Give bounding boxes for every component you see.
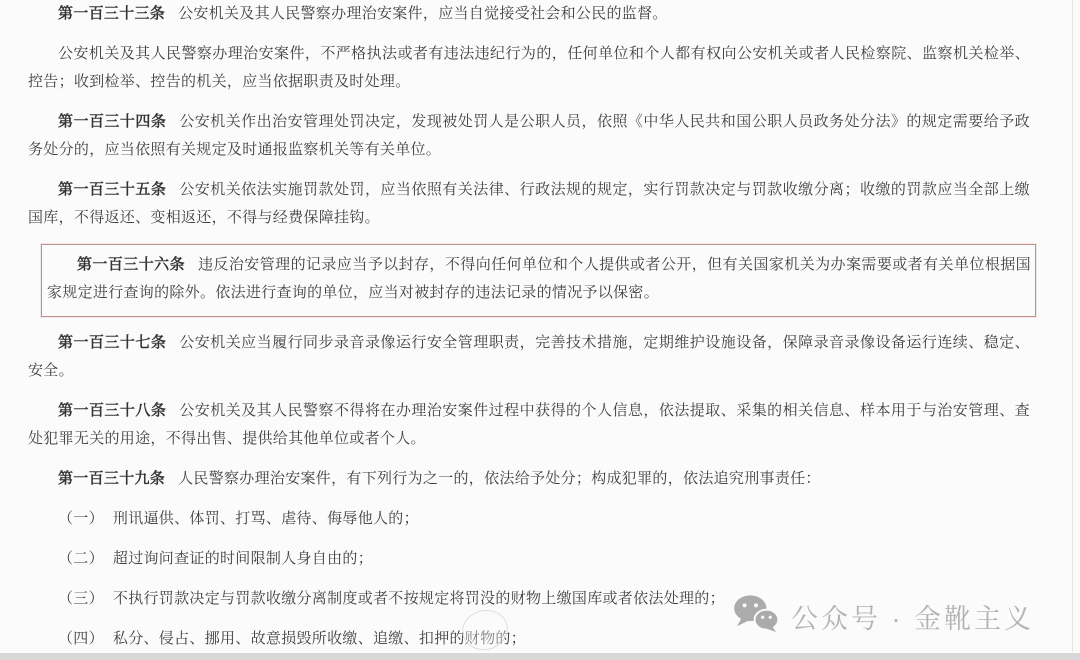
scrollbar-track-divider <box>1072 0 1073 652</box>
article-137-paragraph: 第一百三十七条公安机关应当履行同步录音录像运行安全管理职责，完善技术措施，定期维… <box>28 329 1030 385</box>
highlight-annotation-box: 第一百三十六条违反治安管理的记录应当予以封存，不得向任何单位和个人提供或者公开，… <box>41 244 1036 317</box>
article-135-paragraph: 第一百三十五条公安机关依法实施罚款处罚，应当依照有关法律、行政法规的规定，实行罚… <box>28 176 1030 232</box>
article-136-paragraph: 第一百三十六条违反治安管理的记录应当予以封存，不得向任何单位和个人提供或者公开，… <box>47 251 1031 307</box>
bottom-edge-bar <box>0 653 1080 660</box>
list-item-1-number: （一） <box>58 510 104 527</box>
list-item-2: （二）超过询问查证的时间限制人身自由的； <box>28 545 1030 573</box>
article-139-number: 第一百三十九条 <box>58 470 165 487</box>
list-item-2-number: （二） <box>58 550 104 567</box>
article-138-paragraph: 第一百三十八条公安机关及其人民警察不得将在办理治安案件过程中获得的个人信息，依法… <box>28 397 1030 453</box>
article-133-clause-2: 公安机关及其人民警察办理治安案件，不严格执法或者有违法违纪行为的，任何单位和个人… <box>28 40 1030 96</box>
article-133-text: 公安机关及其人民警察办理治安案件，应当自觉接受社会和公民的监督。 <box>178 5 668 22</box>
article-133-clause-2-text: 公安机关及其人民警察办理治安案件，不严格执法或者有违法违纪行为的，任何单位和个人… <box>28 45 1030 90</box>
article-138-text: 公安机关及其人民警察不得将在办理治安案件过程中获得的个人信息，依法提取、采集的相… <box>28 402 1030 447</box>
list-item-1: （一）刑讯逼供、体罚、打骂、虐待、侮辱他人的； <box>28 505 1030 533</box>
article-134-text: 公安机关作出治安管理处罚决定，发现被处罚人是公职人员，依照《中华人民共和国公职人… <box>28 113 1030 158</box>
article-133-paragraph: 第一百三十三条公安机关及其人民警察办理治安案件，应当自觉接受社会和公民的监督。 <box>28 0 1030 28</box>
list-item-2-text: 超过询问查证的时间限制人身自由的； <box>113 550 373 567</box>
list-item-3-text: 不执行罚款决定与罚款收缴分离制度或者不按规定将罚没的财物上缴国库或者依法处理的； <box>113 590 725 607</box>
article-133-number: 第一百三十三条 <box>58 5 165 22</box>
wechat-icon <box>733 594 779 639</box>
article-135-text: 公安机关依法实施罚款处罚，应当依照有关法律、行政法规的规定，实行罚款决定与罚款收… <box>28 181 1030 226</box>
article-136-number: 第一百三十六条 <box>77 256 185 273</box>
article-137-text: 公安机关应当履行同步录音录像运行安全管理职责，完善技术措施，定期维护设施设备，保… <box>28 334 1030 379</box>
list-item-1-text: 刑讯逼供、体罚、打骂、虐待、侮辱他人的； <box>113 510 419 527</box>
article-138-number: 第一百三十八条 <box>58 402 166 419</box>
article-134-paragraph: 第一百三十四条公安机关作出治安管理处罚决定，发现被处罚人是公职人员，依照《中华人… <box>28 108 1030 164</box>
legal-document-page: 第一百三十三条公安机关及其人民警察办理治安案件，应当自觉接受社会和公民的监督。 … <box>0 0 1080 660</box>
article-139-paragraph: 第一百三十九条人民警察办理治安案件，有下列行为之一的，依法给予处分；构成犯罪的，… <box>28 465 1030 493</box>
publisher-watermark-label: 公众号 · 金靴主义 <box>791 597 1034 636</box>
article-134-number: 第一百三十四条 <box>58 113 166 130</box>
article-135-number: 第一百三十五条 <box>58 181 166 198</box>
list-item-4-number: （四） <box>58 630 104 647</box>
article-136-text: 违反治安管理的记录应当予以封存，不得向任何单位和个人提供或者公开，但有关国家机关… <box>47 256 1031 301</box>
article-137-number: 第一百三十七条 <box>58 334 166 351</box>
publisher-watermark: 公众号 · 金靴主义 <box>733 594 1034 639</box>
article-139-text: 人民警察办理治安案件，有下列行为之一的，依法给予处分；构成犯罪的，依法追究刑事责… <box>178 470 821 487</box>
legal-document-body: 第一百三十三条公安机关及其人民警察办理治安案件，应当自觉接受社会和公民的监督。 … <box>28 0 1030 660</box>
list-item-3-number: （三） <box>58 590 104 607</box>
